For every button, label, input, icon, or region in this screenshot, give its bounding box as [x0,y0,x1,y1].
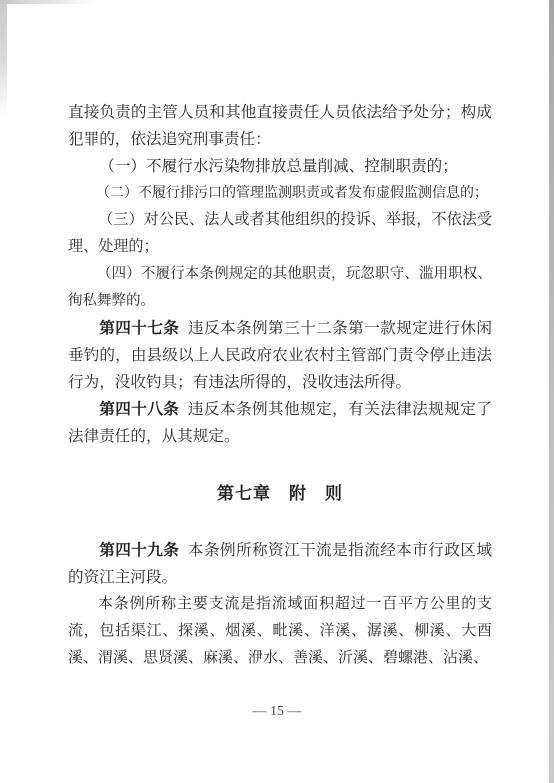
list-item-1: （一）不履行水污染物排放总量削减、控制职责的； [68,153,492,180]
article-49-number: 第四十九条 [99,542,179,559]
document-page: 直接负责的主管人员和其他直接责任人员依法给予处分；构成犯罪的，依法追究刑事责任：… [0,0,554,783]
list-item-text: （一）不履行水污染物排放总量削减、控制职责的； [99,158,458,175]
list-item-text: （三）对公民、法人或者其他组织的投诉、举报，不依法受理、处理的； [68,212,492,255]
article-47-paragraph: 第四十七条违反本条例第三十二条第一款规定进行休闲垂钓的，由县级以上人民政府农业农… [68,315,492,396]
article-49-paragraph: 第四十九条本条例所称资江干流是指流经本市行政区域的资江主河段。 [68,537,492,591]
scan-shadow-top [0,0,95,4]
list-item-2: （二）不履行排污口的管理监测职责或者发布虚假监测信息的； [68,180,492,207]
chapter-heading: 第七章 附 则 [68,480,492,507]
list-item-text: （二）不履行排污口的管理监测职责或者发布虚假监测信息的； [96,186,488,201]
article-48-paragraph: 第四十八条违反本条例其他规定，有关法律法规规定了法律责任的，从其规定。 [68,396,492,450]
paragraph-text: 直接负责的主管人员和其他直接责任人员依法给予处分；构成犯罪的，依法追究刑事责任： [68,104,492,148]
tributaries-text: 本条例所称主要支流是指流域面积超过一百平方公里的支流，包括渠江、探溪、烟溪、毗溪… [68,596,492,666]
list-item-3: （三）对公民、法人或者其他组织的投诉、举报，不依法受理、处理的； [68,207,492,261]
paragraph-liability-intro: 直接负责的主管人员和其他直接责任人员依法给予处分；构成犯罪的，依法追究刑事责任： [68,99,492,153]
article-47-number: 第四十七条 [99,320,179,337]
tributaries-paragraph: 本条例所称主要支流是指流域面积超过一百平方公里的支流，包括渠江、探溪、烟溪、毗溪… [68,591,492,672]
page-number: — 15 — [0,702,554,722]
list-item-text: （四）不履行本条例规定的其他职责，玩忽职守、滥用职权、徇私舞弊的。 [68,266,492,309]
document-body: 直接负责的主管人员和其他直接责任人员依法给予处分；构成犯罪的，依法追究刑事责任：… [68,99,492,672]
list-item-4: （四）不履行本条例规定的其他职责，玩忽职守、滥用职权、徇私舞弊的。 [68,261,492,315]
article-48-number: 第四十八条 [99,401,179,418]
scan-shadow-left [0,0,7,116]
scan-edge-right [549,0,554,783]
